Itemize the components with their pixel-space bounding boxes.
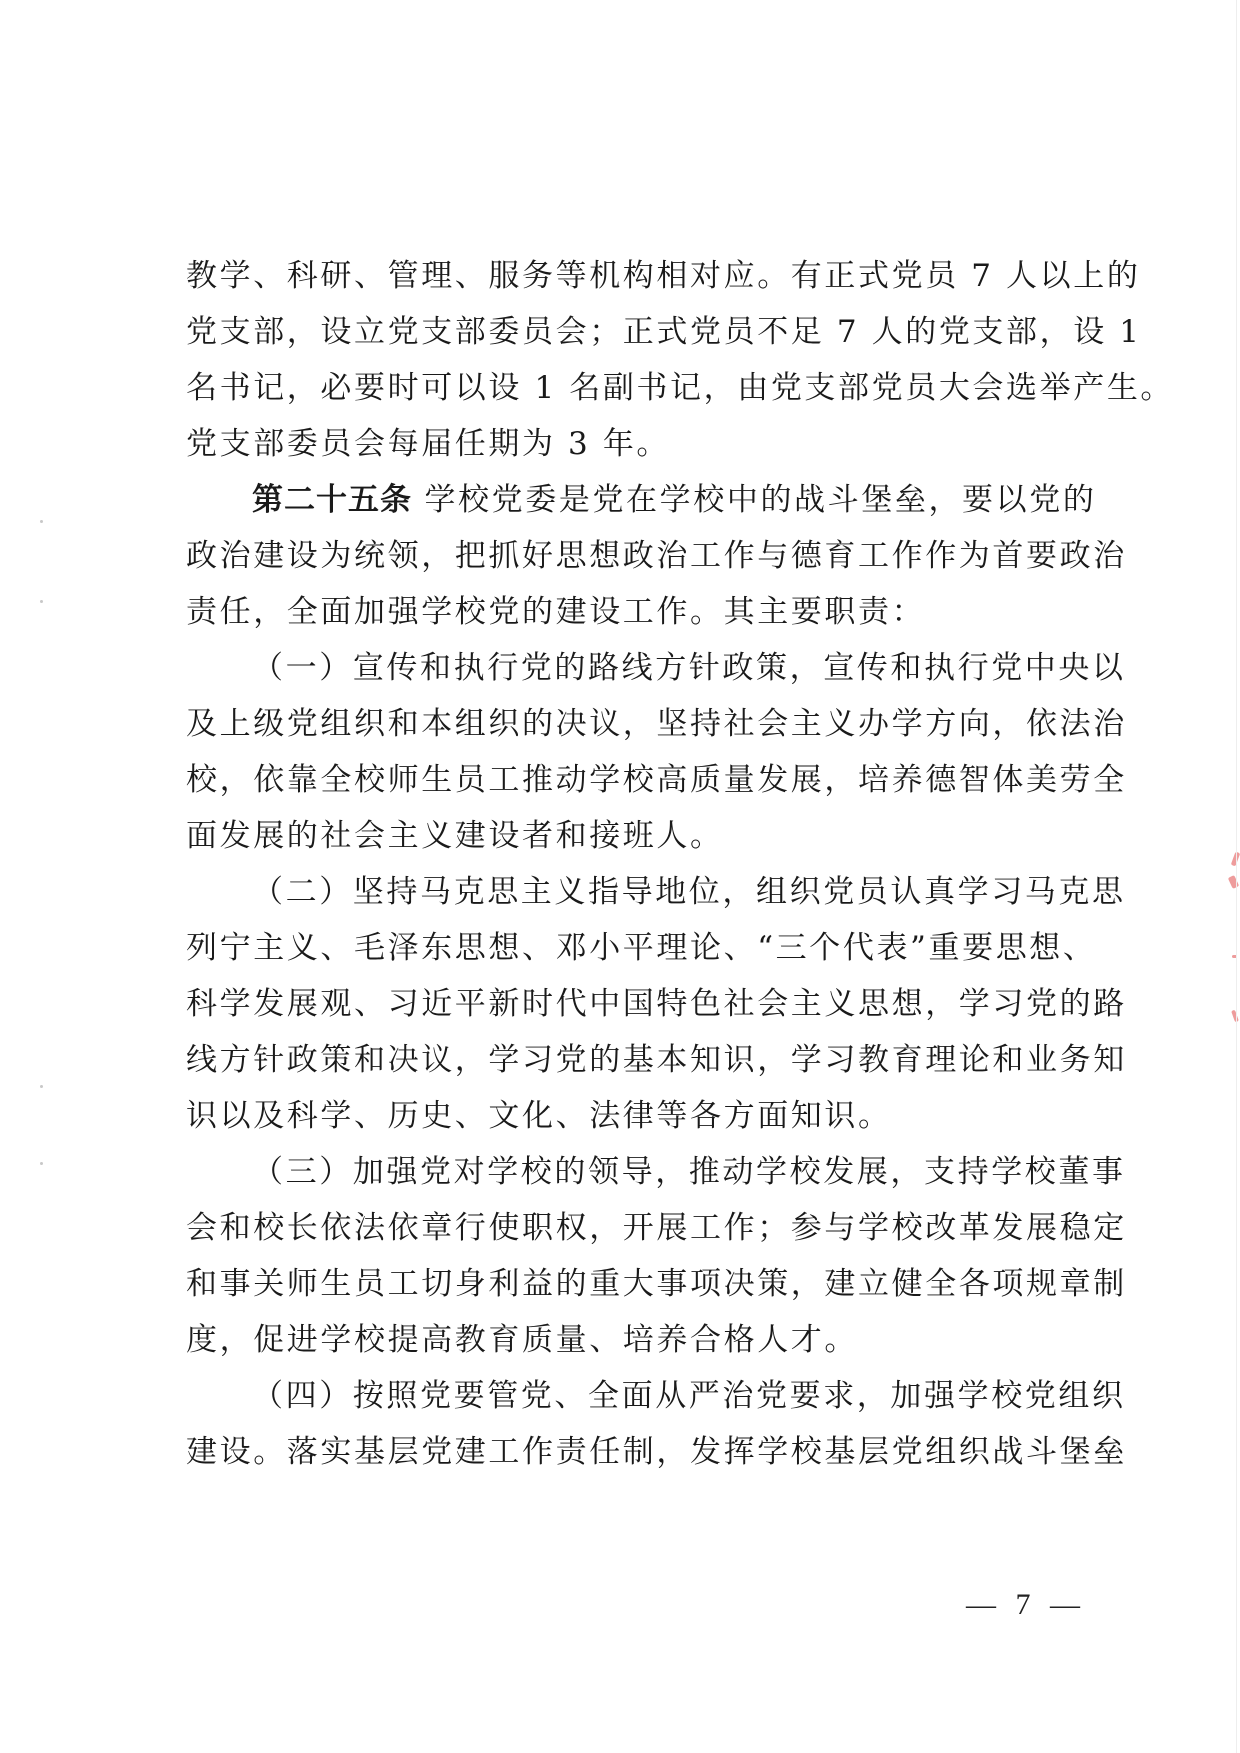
article-heading: 第二十五条: [252, 482, 412, 518]
text-line: 会和校长依法依章行使职权，开展工作；参与学校改革发展稳定: [186, 1200, 1060, 1256]
scan-speck: [40, 600, 43, 603]
text-line: 校，依靠全校师生员工推动学校高质量发展，培养德智体美劳全: [186, 752, 1060, 808]
text-line: 识以及科学、历史、文化、法律等各方面知识。: [186, 1088, 1060, 1144]
text-span: 学校党委是党在学校中的战斗堡垒，要以党的: [412, 482, 1096, 518]
stamp-mark: [1228, 875, 1239, 889]
document-page: 教学、科研、管理、服务等机构相对应。有正式党员 7 人以上的 党支部，设立党支部…: [186, 248, 1060, 1480]
text-line: 和事关师生员工切身利益的重大事项决策，建立健全各项规章制: [186, 1256, 1060, 1312]
text-line: 建设。落实基层党建工作责任制，发挥学校基层党组织战斗堡垒: [186, 1424, 1060, 1480]
text-line: 责任，全面加强学校党的建设工作。其主要职责：: [186, 584, 1060, 640]
text-line: 政治建设为统领，把抓好思想政治工作与德育工作作为首要政治: [186, 528, 1060, 584]
stamp-mark: [1231, 1010, 1239, 1023]
list-item-line: （四）按照党要管党、全面从严治党要求，加强学校党组织: [186, 1368, 1060, 1424]
text-line: 党支部委员会每届任期为 3 年。: [186, 416, 1060, 472]
scan-speck: [40, 1085, 43, 1088]
text-line: 及上级党组织和本组织的决议，坚持社会主义办学方向，依法治: [186, 696, 1060, 752]
text-line: 教学、科研、管理、服务等机构相对应。有正式党员 7 人以上的: [186, 248, 1060, 304]
page-number: — 7 —: [966, 1588, 1086, 1622]
list-item-line: （三）加强党对学校的领导，推动学校发展，支持学校董事: [186, 1144, 1060, 1200]
list-item-line: （一）宣传和执行党的路线方针政策，宣传和执行党中央以: [186, 640, 1060, 696]
text-line: 面发展的社会主义建设者和接班人。: [186, 808, 1060, 864]
list-item-line: （二）坚持马克思主义指导地位，组织党员认真学习马克思: [186, 864, 1060, 920]
scan-speck: [40, 520, 43, 523]
text-line: 列宁主义、毛泽东思想、邓小平理论、“三个代表”重要思想、: [186, 920, 1060, 976]
text-line: 名书记，必要时可以设 1 名副书记，由党支部党员大会选举产生。: [186, 360, 1060, 416]
text-line: 党支部，设立党支部委员会；正式党员不足 7 人的党支部，设 1: [186, 304, 1060, 360]
text-line: 科学发展观、习近平新时代中国特色社会主义思想，学习党的路: [186, 976, 1060, 1032]
text-line: 线方针政策和决议，学习党的基本知识，学习教育理论和业务知: [186, 1032, 1060, 1088]
article-heading-line: 第二十五条 学校党委是党在学校中的战斗堡垒，要以党的: [186, 472, 1060, 528]
text-line: 度，促进学校提高教育质量、培养合格人才。: [186, 1312, 1060, 1368]
page-edge: [1236, 0, 1237, 1753]
scan-speck: [40, 1162, 43, 1165]
